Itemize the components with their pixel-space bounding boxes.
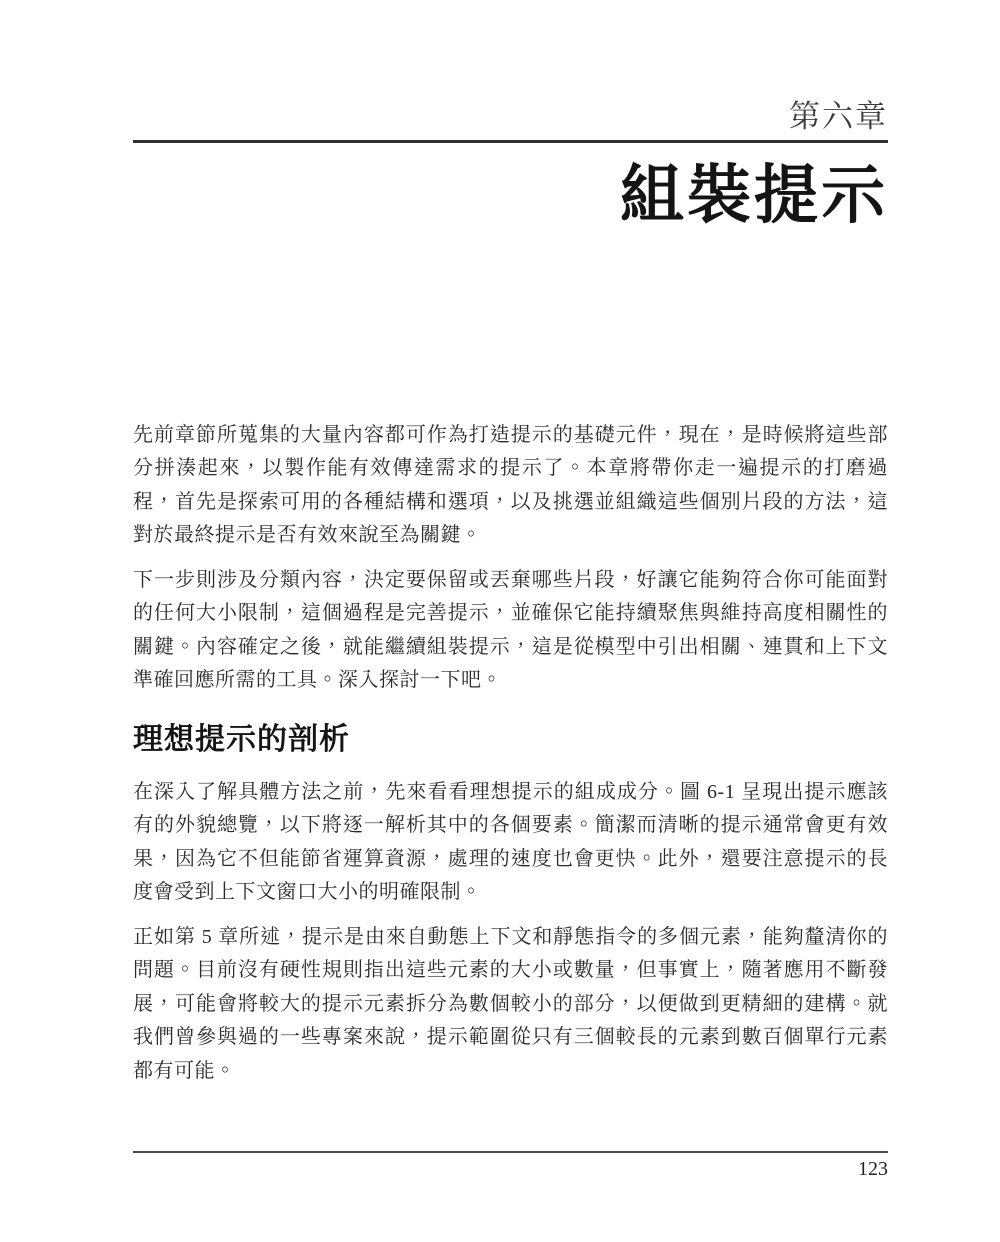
- chapter-label: 第六章: [133, 98, 888, 135]
- page-footer: 123: [133, 1151, 888, 1181]
- chapter-title: 組裝提示: [133, 159, 888, 233]
- intro-paragraph-2: 下一步則涉及分類內容，決定要保留或丟棄哪些片段，好讓它能夠符合你可能面對的任何大…: [133, 564, 888, 698]
- intro-paragraph-1: 先前章節所蒐集的大量內容都可作為打造提示的基礎元件，現在，是時候將這些部分拼湊起…: [133, 419, 888, 553]
- section-heading: 理想提示的剖析: [133, 722, 888, 758]
- body-copy: 先前章節所蒐集的大量內容都可作為打造提示的基礎元件，現在，是時候將這些部分拼湊起…: [133, 419, 888, 1089]
- footer-rule: [133, 1151, 888, 1153]
- book-page: 第六章 組裝提示 先前章節所蒐集的大量內容都可作為打造提示的基礎元件，現在，是時…: [0, 0, 1000, 1242]
- chapter-header-rule: [133, 140, 888, 143]
- section-paragraph-2: 正如第 5 章所述，提示是由來自動態上下文和靜態指令的多個元素，能夠釐清你的問題…: [133, 921, 888, 1089]
- page-number: 123: [133, 1158, 888, 1181]
- text-block: 第六章 組裝提示 先前章節所蒐集的大量內容都可作為打造提示的基礎元件，現在，是時…: [133, 0, 888, 1099]
- section-paragraph-1: 在深入了解具體方法之前，先來看看理想提示的組成成分。圖 6-1 呈現出提示應該有…: [133, 776, 888, 910]
